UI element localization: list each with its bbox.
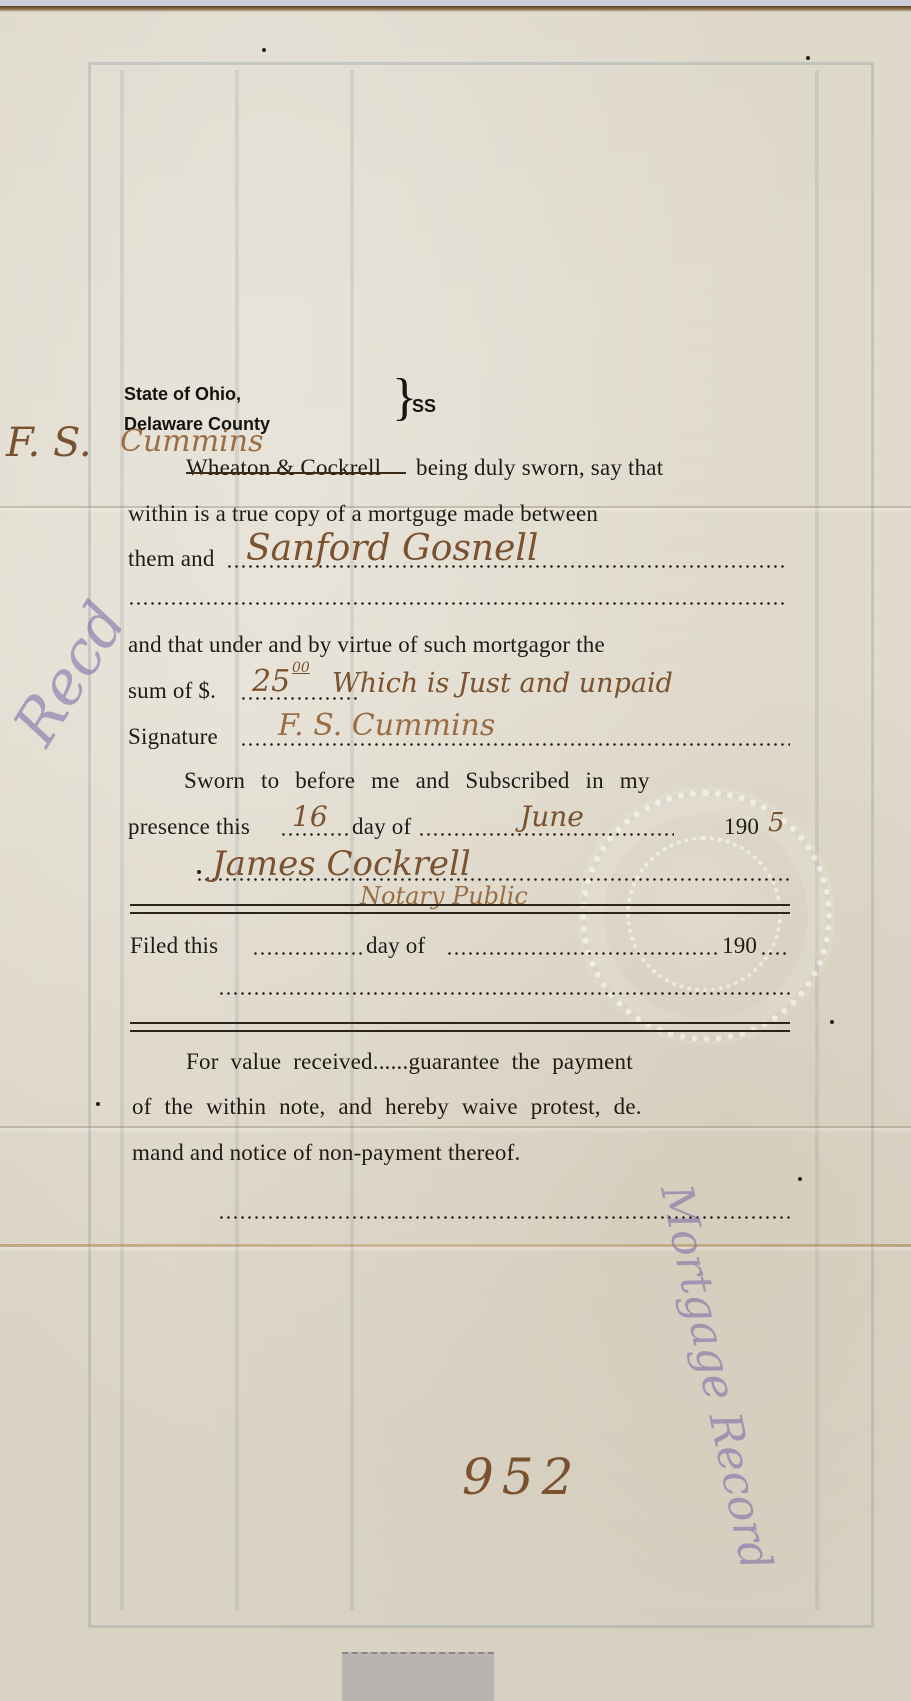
- ink-speck: [197, 870, 201, 874]
- filed-day-of-label: day of: [366, 933, 425, 959]
- section-divider: [130, 904, 790, 914]
- handwritten-signature: F. S. Cummins: [278, 708, 495, 743]
- ink-speck: [798, 1177, 802, 1181]
- handwritten-amount-cents: 00: [292, 660, 310, 676]
- filed-day-dotted-line: [252, 952, 364, 955]
- year-prefix: 190: [724, 814, 759, 840]
- sworn-statement: Sworn to before me and Subscribed in my: [184, 768, 650, 794]
- strike-through-mark: [186, 472, 406, 474]
- affidavit-line-5: and that under and by virtue of such mor…: [128, 632, 605, 658]
- sum-label: sum of $.: [128, 678, 216, 704]
- filed-year-dotted-line: [760, 952, 790, 955]
- bleed-through-column: [120, 70, 124, 1610]
- filing-dotted-line: [218, 992, 790, 995]
- ink-speck: [806, 56, 810, 60]
- bleed-through-column: [350, 70, 354, 1610]
- affidavit-struck-names: Wheaton & Cockrell: [186, 455, 381, 481]
- venue-state: State of Ohio,: [124, 384, 241, 405]
- fold-line: [0, 1126, 911, 1128]
- seal-center: [626, 836, 782, 992]
- presence-label: presence this: [128, 814, 250, 840]
- section-divider: [130, 1022, 790, 1032]
- handwritten-margin-initials: F. S.: [6, 420, 92, 466]
- guarantee-line-2: of the within note, and hereby waive pro…: [132, 1094, 642, 1120]
- guarantee-line-1: For value received......guarantee the pa…: [186, 1049, 633, 1075]
- handwritten-sworn-month: June: [520, 800, 584, 833]
- handwritten-amount-note: Which is Just and unpaid: [332, 668, 673, 699]
- guarantee-line-3: mand and notice of non-payment thereof.: [132, 1140, 520, 1166]
- affidavit-line-2: within is a true copy of a mortguge made…: [128, 501, 598, 527]
- handwritten-notary-name: James Cockrell: [212, 844, 471, 884]
- bottom-paper-tab: [342, 1652, 494, 1701]
- month-dotted-line: [418, 833, 674, 836]
- fill-in-dotted-line: [128, 602, 788, 605]
- venue-ss: SS: [412, 396, 436, 417]
- filed-month-dotted-line: [446, 952, 718, 955]
- filed-label: Filed this: [130, 933, 218, 959]
- handwritten-year-digit: 5: [768, 808, 785, 838]
- signature-dotted-line: [240, 743, 790, 746]
- handwritten-affiant-name: Cummins: [120, 424, 263, 459]
- embossed-notary-seal: [580, 790, 832, 1042]
- ink-speck: [96, 1102, 100, 1106]
- bleed-through-column: [235, 70, 239, 1610]
- signature-label: Signature: [128, 724, 218, 750]
- handwritten-mortgagor-name: Sanford Gosnell: [246, 528, 538, 569]
- affidavit-them-and-label: them and: [128, 546, 215, 572]
- handwritten-record-number: 952: [462, 1448, 581, 1506]
- bleed-through-column: [815, 70, 819, 1610]
- fold-line-stained: [0, 1244, 911, 1247]
- handwritten-amount: 25: [252, 664, 290, 699]
- ink-speck: [262, 48, 266, 52]
- handwritten-sworn-day: 16: [292, 800, 328, 833]
- filed-year-prefix: 190: [722, 933, 757, 959]
- ink-speck: [830, 1020, 834, 1024]
- affidavit-line-1: being duly sworn, say that: [416, 455, 663, 481]
- day-of-label: day of: [352, 814, 411, 840]
- day-dotted-line: [280, 833, 350, 836]
- paper-top-edge: [0, 6, 911, 12]
